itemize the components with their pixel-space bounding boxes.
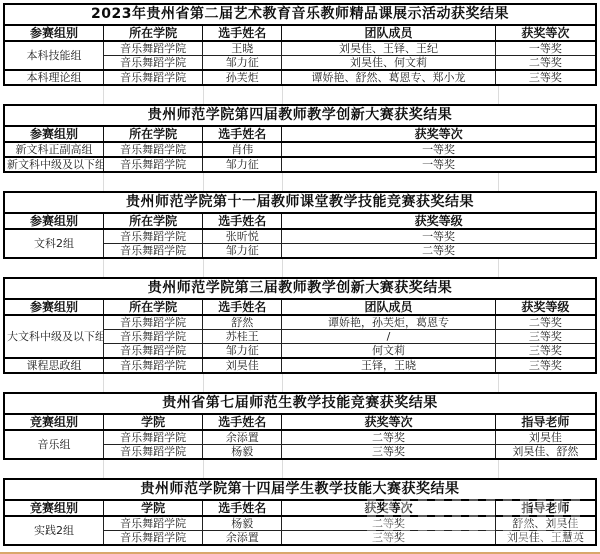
award-table-2: 贵州师范学院第四届教师教学创新大赛获奖结果参赛组别所在学院选手姓名获奖等次新文科… xyxy=(3,104,597,173)
group-cell: 新文科正副高组 xyxy=(4,142,103,157)
column-header: 获奖等次 xyxy=(282,414,496,430)
award-table-3: 贵州师范学院第十一届教师课堂教学技能竞赛获奖结果参赛组别所在学院选手姓名获奖等级… xyxy=(3,191,597,259)
table-row: 实践2组音乐舞蹈学院杨毅二等奖舒然、刘昊佳 xyxy=(4,516,596,531)
column-header: 获奖等级 xyxy=(282,213,596,229)
column-header: 学院 xyxy=(103,414,202,430)
column-header: 参赛组别 xyxy=(4,213,103,229)
data-cell: 三等奖 xyxy=(495,358,596,373)
data-cell: 二等奖 xyxy=(282,244,596,259)
column-header: 参赛组别 xyxy=(4,299,103,315)
data-cell: 刘昊佳、王慧英 xyxy=(495,531,596,546)
table-gap xyxy=(3,173,597,191)
column-header: 参赛组别 xyxy=(4,126,103,142)
column-header: 获奖等次 xyxy=(282,500,496,516)
group-cell: 课程思政组 xyxy=(4,358,103,373)
group-cell: 音乐组 xyxy=(4,430,103,459)
column-header: 所在学院 xyxy=(103,126,202,142)
data-cell: 杨毅 xyxy=(203,516,282,531)
table-gap xyxy=(3,259,597,277)
data-cell: 孙芙炬 xyxy=(203,70,282,85)
data-cell: 二等奖 xyxy=(495,56,596,71)
column-header: 参赛组别 xyxy=(4,25,103,41)
data-cell: 二等奖 xyxy=(282,516,496,531)
column-header: 学院 xyxy=(103,500,202,516)
column-header: 选手姓名 xyxy=(203,126,282,142)
column-header: 选手姓名 xyxy=(203,213,282,229)
data-cell: 邹力征 xyxy=(203,56,282,71)
data-cell: 三等奖 xyxy=(495,330,596,344)
column-header: 团队成员 xyxy=(282,25,496,41)
column-header: 竞赛组别 xyxy=(4,500,103,516)
header-row: 竞赛组别学院选手姓名获奖等次指导老师 xyxy=(4,500,596,516)
group-cell: 实践2组 xyxy=(4,516,103,545)
column-header: 所在学院 xyxy=(103,213,202,229)
data-cell: 一等奖 xyxy=(282,229,596,244)
data-cell: 谭娇艳，孙芙炬，葛恩专 xyxy=(282,315,496,330)
data-cell: 二等奖 xyxy=(495,315,596,330)
data-cell: 二等奖 xyxy=(282,430,496,445)
data-cell: 音乐舞蹈学院 xyxy=(103,244,202,259)
column-header: 所在学院 xyxy=(103,25,202,41)
data-cell: / xyxy=(282,330,496,344)
table-row: 课程思政组音乐舞蹈学院刘昊佳王铎，王晓三等奖 xyxy=(4,358,596,373)
award-results-document: 2023年贵州省第二届艺术教育音乐教师精品课展示活动获奖结果参赛组别所在学院选手… xyxy=(0,0,600,546)
header-row: 竞赛组别学院选手姓名获奖等次指导老师 xyxy=(4,414,596,430)
table-row: 新文科中级及以下组音乐舞蹈学院邹力征一等奖 xyxy=(4,157,596,172)
data-cell: 三等奖 xyxy=(495,70,596,85)
data-cell: 余添置 xyxy=(203,531,282,546)
data-cell: 刘昊佳 xyxy=(203,358,282,373)
award-table-6: 贵州师范学院第十四届学生教学技能大赛获奖结果竞赛组别学院选手姓名获奖等次指导老师… xyxy=(3,478,597,546)
column-header: 竞赛组别 xyxy=(4,414,103,430)
data-cell: 音乐舞蹈学院 xyxy=(103,41,202,56)
data-cell: 音乐舞蹈学院 xyxy=(103,445,202,460)
data-cell: 音乐舞蹈学院 xyxy=(103,229,202,244)
column-header: 选手姓名 xyxy=(203,500,282,516)
column-header: 获奖等级 xyxy=(495,299,596,315)
column-header: 所在学院 xyxy=(103,299,202,315)
data-cell: 音乐舞蹈学院 xyxy=(103,70,202,85)
column-header: 获奖等次 xyxy=(282,126,596,142)
data-cell: 音乐舞蹈学院 xyxy=(103,56,202,71)
table-row: 大文科中级及以下组音乐舞蹈学院舒然谭娇艳，孙芙炬，葛恩专二等奖 xyxy=(4,315,596,330)
group-cell: 本科技能组 xyxy=(4,41,103,70)
data-cell: 一等奖 xyxy=(282,142,596,157)
data-cell: 何文莉 xyxy=(282,344,496,359)
table-row: 新文科正副高组音乐舞蹈学院肖伟一等奖 xyxy=(4,142,596,157)
data-cell: 王晓 xyxy=(203,41,282,56)
header-row: 参赛组别所在学院选手姓名团队成员获奖等次 xyxy=(4,25,596,41)
table-title: 贵州省第七届师范生教学技能竞赛获奖结果 xyxy=(4,393,596,414)
data-cell: 三等奖 xyxy=(495,344,596,359)
table-title: 贵州师范学院第三届教师教学创新大赛获奖结果 xyxy=(4,278,596,299)
data-cell: 谭娇艳、舒然、葛恩专、郑小龙 xyxy=(282,70,496,85)
table-gap xyxy=(3,460,597,478)
data-cell: 刘昊佳、舒然 xyxy=(495,445,596,460)
table-title: 贵州师范学院第十四届学生教学技能大赛获奖结果 xyxy=(4,479,596,500)
group-cell: 文科2组 xyxy=(4,229,103,258)
award-table-1: 2023年贵州省第二届艺术教育音乐教师精品课展示活动获奖结果参赛组别所在学院选手… xyxy=(3,3,597,86)
header-row: 参赛组别所在学院选手姓名团队成员获奖等级 xyxy=(4,299,596,315)
data-cell: 音乐舞蹈学院 xyxy=(103,157,202,172)
data-cell: 刘昊佳、何文莉 xyxy=(282,56,496,71)
data-cell: 三等奖 xyxy=(282,445,496,460)
data-cell: 余添置 xyxy=(203,430,282,445)
column-header: 指导老师 xyxy=(495,500,596,516)
data-cell: 邹力征 xyxy=(203,157,282,172)
data-cell: 杨毅 xyxy=(203,445,282,460)
data-cell: 舒然 xyxy=(203,315,282,330)
data-cell: 肖伟 xyxy=(203,142,282,157)
award-table-4: 贵州师范学院第三届教师教学创新大赛获奖结果参赛组别所在学院选手姓名团队成员获奖等… xyxy=(3,277,597,374)
data-cell: 音乐舞蹈学院 xyxy=(103,142,202,157)
table-row: 本科理论组音乐舞蹈学院孙芙炬谭娇艳、舒然、葛恩专、郑小龙三等奖 xyxy=(4,70,596,85)
data-cell: 刘昊佳、王铎、王纪 xyxy=(282,41,496,56)
data-cell: 音乐舞蹈学院 xyxy=(103,330,202,344)
column-header: 获奖等次 xyxy=(495,25,596,41)
data-cell: 音乐舞蹈学院 xyxy=(103,531,202,546)
column-header: 指导老师 xyxy=(495,414,596,430)
data-cell: 王铎，王晓 xyxy=(282,358,496,373)
group-cell: 本科理论组 xyxy=(4,70,103,85)
column-header: 选手姓名 xyxy=(203,299,282,315)
table-gap xyxy=(3,86,597,104)
data-cell: 一等奖 xyxy=(495,41,596,56)
data-cell: 刘昊佳 xyxy=(495,430,596,445)
data-cell: 一等奖 xyxy=(282,157,596,172)
header-row: 参赛组别所在学院选手姓名获奖等级 xyxy=(4,213,596,229)
award-table-5: 贵州省第七届师范生教学技能竞赛获奖结果竞赛组别学院选手姓名获奖等次指导老师音乐组… xyxy=(3,392,597,460)
column-header: 选手姓名 xyxy=(203,25,282,41)
header-row: 参赛组别所在学院选手姓名获奖等次 xyxy=(4,126,596,142)
table-title: 贵州师范学院第四届教师教学创新大赛获奖结果 xyxy=(4,105,596,126)
table-title: 贵州师范学院第十一届教师课堂教学技能竞赛获奖结果 xyxy=(4,192,596,213)
column-header: 选手姓名 xyxy=(203,414,282,430)
data-cell: 音乐舞蹈学院 xyxy=(103,430,202,445)
data-cell: 张昕悦 xyxy=(203,229,282,244)
data-cell: 音乐舞蹈学院 xyxy=(103,358,202,373)
group-cell: 新文科中级及以下组 xyxy=(4,157,103,172)
data-cell: 邹力征 xyxy=(203,344,282,359)
column-header: 团队成员 xyxy=(282,299,496,315)
data-cell: 三等奖 xyxy=(282,531,496,546)
table-row: 文科2组音乐舞蹈学院张昕悦一等奖 xyxy=(4,229,596,244)
table-title: 2023年贵州省第二届艺术教育音乐教师精品课展示活动获奖结果 xyxy=(4,4,596,25)
data-cell: 音乐舞蹈学院 xyxy=(103,344,202,359)
data-cell: 邹力征 xyxy=(203,244,282,259)
table-row: 本科技能组音乐舞蹈学院王晓刘昊佳、王铎、王纪一等奖 xyxy=(4,41,596,56)
data-cell: 音乐舞蹈学院 xyxy=(103,315,202,330)
table-row: 音乐组音乐舞蹈学院余添置二等奖刘昊佳 xyxy=(4,430,596,445)
data-cell: 舒然、刘昊佳 xyxy=(495,516,596,531)
data-cell: 苏桂王 xyxy=(203,330,282,344)
group-cell: 大文科中级及以下组 xyxy=(4,315,103,358)
table-gap xyxy=(3,374,597,392)
data-cell: 音乐舞蹈学院 xyxy=(103,516,202,531)
